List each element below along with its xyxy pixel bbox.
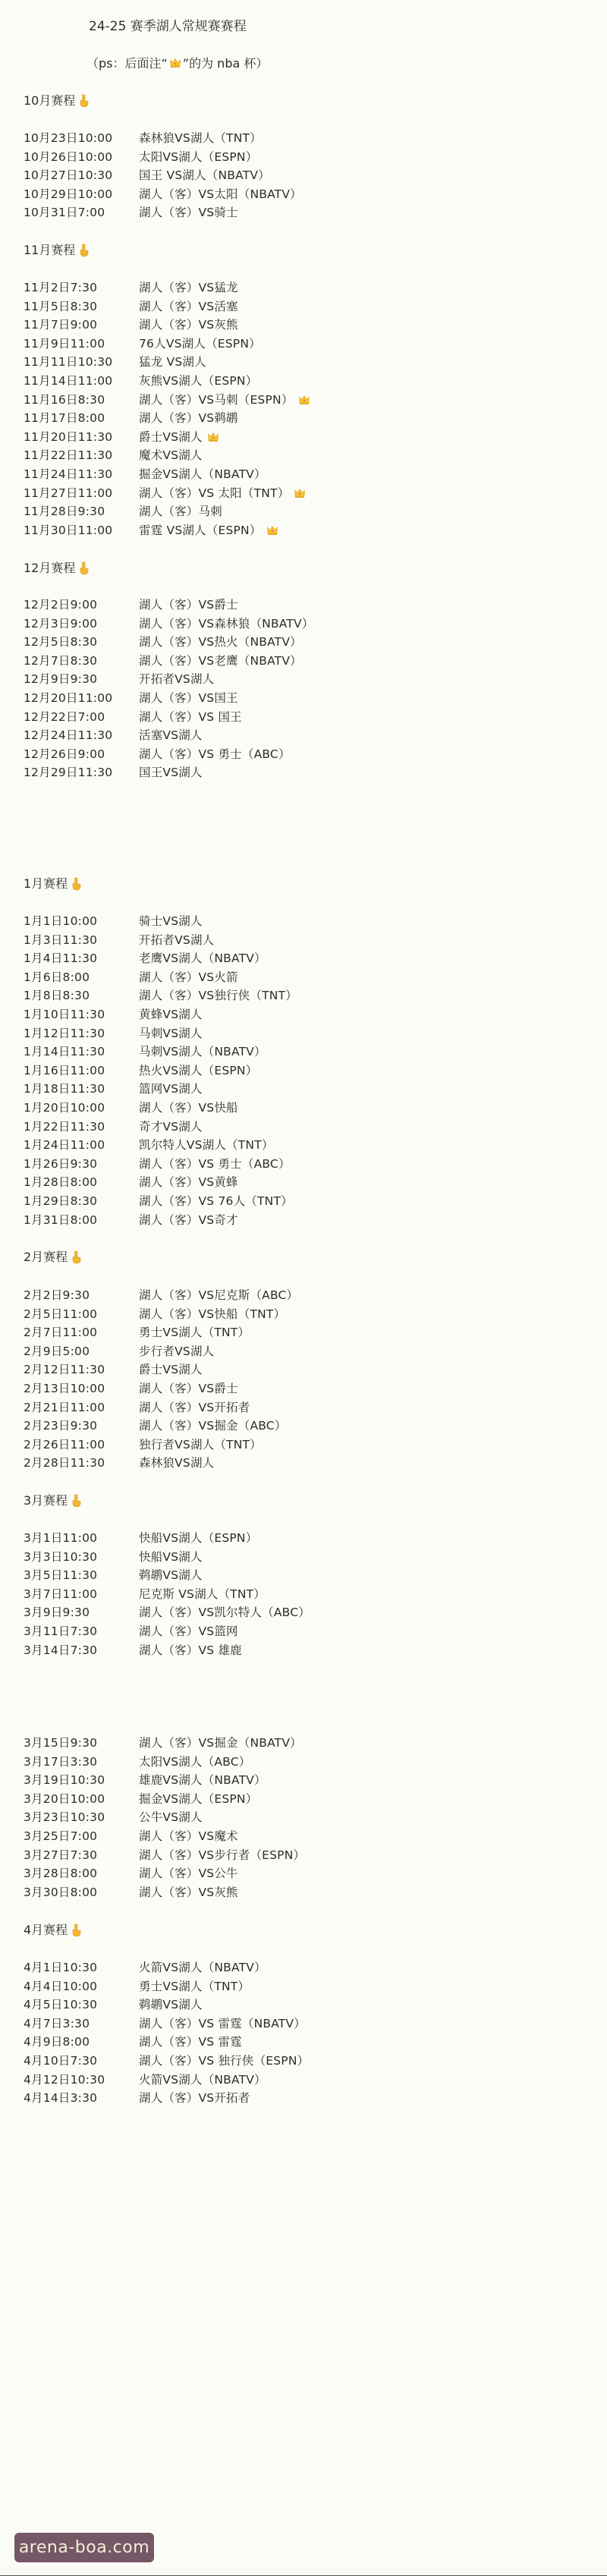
- game-date: 10月23日10:00: [24, 129, 139, 148]
- game-row: 3月15日9:30湖人（客）VS掘金（NBATV）: [24, 1734, 448, 1753]
- matchup-text: 尼克斯 VS湖人（TNT）: [139, 1585, 266, 1604]
- game-date: 3月1日11:00: [24, 1529, 139, 1548]
- game-date: 1月14日11:30: [24, 1043, 139, 1062]
- month-label: 4月赛程: [24, 1921, 68, 1939]
- matchup-text: 湖人（客）VS凯尔特人（ABC）: [139, 1603, 310, 1622]
- matchup-text: 黄蜂VS湖人: [139, 1005, 203, 1024]
- matchup-text: 太阳VS湖人（ESPN）: [139, 148, 257, 167]
- game-matchup: 湖人（客）VS热火（NBATV）: [139, 633, 448, 652]
- game-row: 11月2日7:30湖人（客）VS猛龙: [24, 278, 448, 297]
- game-matchup: 尼克斯 VS湖人（TNT）: [139, 1585, 448, 1604]
- game-matchup: 湖人（客）VS快船: [139, 1099, 448, 1118]
- game-row: 12月26日9:00湖人（客）VS 勇士（ABC）: [24, 745, 448, 764]
- game-row: 3月5日11:30鹈鹕VS湖人: [24, 1566, 448, 1585]
- game-date: 1月24日11:00: [24, 1136, 139, 1155]
- game-date: 1月31日8:00: [24, 1211, 139, 1230]
- game-matchup: 灰熊VS湖人（ESPN）: [139, 372, 448, 391]
- game-matchup: 湖人（客）VS爵士: [139, 596, 448, 615]
- game-row: 10月23日10:00森林狼VS湖人（TNT）: [24, 129, 448, 148]
- matchup-text: 国王VS湖人: [139, 763, 203, 782]
- game-row: 1月3日11:30开拓者VS湖人: [24, 931, 448, 950]
- game-date: 2月2日9:30: [24, 1286, 139, 1305]
- game-row: 2月21日11:00湖人（客）VS开拓者: [24, 1398, 448, 1417]
- game-row: 1月4日11:30老鹰VS湖人（NBATV）: [24, 949, 448, 968]
- game-matchup: 湖人（客）VS掘金（NBATV）: [139, 1734, 448, 1753]
- game-matchup: 湖人（客）VS掘金（ABC）: [139, 1417, 448, 1436]
- game-date: 3月9日9:30: [24, 1603, 139, 1622]
- page-title: 24-25 赛季湖人常规赛赛程: [89, 17, 247, 36]
- game-date: 11月20日11:30: [24, 428, 139, 447]
- month-label: 1月赛程: [24, 875, 68, 893]
- matchup-text: 湖人（客）VS火箭: [139, 968, 238, 987]
- game-row: 4月7日3:30湖人（客）VS 雷霆（NBATV）: [24, 2015, 448, 2033]
- matchup-text: 湖人（客）VS猛龙: [139, 278, 238, 297]
- game-date: 11月16日8:30: [24, 391, 139, 410]
- game-row: 4月4日10:00勇士VS湖人（TNT）: [24, 1977, 448, 1996]
- matchup-text: 湖人（客）VS 雄鹿: [139, 1641, 242, 1660]
- game-row: 11月16日8:30湖人（客）VS马刺（ESPN）: [24, 391, 448, 410]
- game-row: 11月27日11:00湖人（客）VS 太阳（TNT）: [24, 484, 448, 503]
- game-matchup: 老鹰VS湖人（NBATV）: [139, 949, 448, 968]
- game-matchup: 猛龙 VS湖人: [139, 353, 448, 372]
- matchup-text: 湖人（客）VS 勇士（ABC）: [139, 1155, 291, 1174]
- game-row: 11月30日11:00雷霆 VS湖人（ESPN）: [24, 521, 448, 540]
- matchup-text: 快船VS湖人（ESPN）: [139, 1529, 257, 1548]
- game-date: 4月1日10:30: [24, 1958, 139, 1977]
- matchup-text: 湖人（客）VS篮网: [139, 1622, 238, 1641]
- game-date: 10月26日10:00: [24, 148, 139, 167]
- game-row: 2月5日11:00湖人（客）VS快船（TNT）: [24, 1305, 448, 1324]
- matchup-text: 湖人（客）VS开拓者: [139, 2089, 250, 2108]
- pointing-down-hand-icon: [72, 1250, 81, 1264]
- game-date: 4月12日10:30: [24, 2071, 139, 2090]
- watermark-badge: arena-boa.com: [14, 2533, 154, 2562]
- note-prefix: （ps：后面注“: [86, 56, 168, 71]
- game-row: 1月26日9:30湖人（客）VS 勇士（ABC）: [24, 1155, 448, 1174]
- game-matchup: 国王VS湖人: [139, 763, 448, 782]
- game-matchup: 湖人（客）VS鹈鹕: [139, 409, 448, 428]
- game-matchup: 森林狼VS湖人（TNT）: [139, 129, 448, 148]
- crown-icon: [207, 431, 219, 443]
- game-matchup: 马刺VS湖人: [139, 1024, 448, 1043]
- matchup-text: 湖人（客）VS 76人（TNT）: [139, 1192, 293, 1211]
- game-date: 11月28日9:30: [24, 502, 139, 521]
- month-heading: 12月赛程: [24, 559, 448, 577]
- matchup-text: 湖人（客）马刺: [139, 502, 222, 521]
- game-matchup: 开拓者VS湖人: [139, 670, 448, 689]
- game-row: 11月17日8:00湖人（客）VS鹈鹕: [24, 409, 448, 428]
- matchup-text: 湖人（客）VS魔术: [139, 1827, 238, 1846]
- game-date: 4月9日8:00: [24, 2033, 139, 2052]
- pointing-down-hand-icon: [72, 1494, 81, 1508]
- crown-icon: [169, 57, 181, 69]
- game-matchup: 76人VS湖人（ESPN）: [139, 335, 448, 354]
- game-row: 11月22日11:30魔术VS湖人: [24, 446, 448, 465]
- game-row: 12月2日9:00湖人（客）VS爵士: [24, 596, 448, 615]
- game-date: 4月7日3:30: [24, 2015, 139, 2033]
- game-row: 1月6日8:00湖人（客）VS火箭: [24, 968, 448, 987]
- game-date: 1月3日11:30: [24, 931, 139, 950]
- matchup-text: 湖人（客）VS黄蜂: [139, 1173, 238, 1192]
- game-matchup: 勇士VS湖人（TNT）: [139, 1323, 448, 1342]
- matchup-text: 湖人（客）VS爵士: [139, 596, 238, 615]
- game-date: 3月3日10:30: [24, 1548, 139, 1567]
- game-matchup: 热火VS湖人（ESPN）: [139, 1062, 448, 1080]
- game-row: 3月28日8:00湖人（客）VS公牛: [24, 1864, 448, 1883]
- matchup-text: 湖人（客）VS鹈鹕: [139, 409, 238, 428]
- game-matchup: 湖人（客）VS步行者（ESPN）: [139, 1846, 448, 1865]
- game-date: 3月17日3:30: [24, 1753, 139, 1772]
- game-date: 3月11日7:30: [24, 1622, 139, 1641]
- game-matchup: 湖人（客）马刺: [139, 502, 448, 521]
- game-matchup: 勇士VS湖人（TNT）: [139, 1977, 448, 1996]
- pointing-down-hand-icon: [80, 244, 89, 257]
- game-row: 1月24日11:00凯尔特人VS湖人（TNT）: [24, 1136, 448, 1155]
- matchup-text: 湖人（客）VS快船: [139, 1099, 238, 1118]
- matchup-text: 开拓者VS湖人: [139, 670, 214, 689]
- game-date: 2月26日11:00: [24, 1436, 139, 1455]
- game-matchup: 湖人（客）VS 国王: [139, 708, 448, 727]
- matchup-text: 勇士VS湖人（TNT）: [139, 1977, 250, 1996]
- game-row: 12月29日11:30国王VS湖人: [24, 763, 448, 782]
- game-row: 2月7日11:00勇士VS湖人（TNT）: [24, 1323, 448, 1342]
- game-date: 1月1日10:00: [24, 912, 139, 931]
- game-row: 3月30日8:00湖人（客）VS灰熊: [24, 1883, 448, 1902]
- game-date: 4月14日3:30: [24, 2089, 139, 2108]
- game-row: 4月12日10:30火箭VS湖人（NBATV）: [24, 2071, 448, 2090]
- matchup-text: 快船VS湖人: [139, 1548, 203, 1567]
- game-row: 2月28日11:30森林狼VS湖人: [24, 1454, 448, 1473]
- game-row: 4月5日10:30鹈鹕VS湖人: [24, 1996, 448, 2015]
- game-matchup: 湖人（客）VS太阳（NBATV）: [139, 185, 448, 204]
- game-date: 3月25日7:00: [24, 1827, 139, 1846]
- game-matchup: 湖人（客）VS黄蜂: [139, 1173, 448, 1192]
- matchup-text: 湖人（客）VS国王: [139, 689, 238, 708]
- game-date: 1月16日11:00: [24, 1062, 139, 1080]
- game-row: 1月31日8:00湖人（客）VS奇才: [24, 1211, 448, 1230]
- game-list: 1月1日10:00骑士VS湖人1月3日11:30开拓者VS湖人1月4日11:30…: [24, 912, 448, 1229]
- game-date: 11月22日11:30: [24, 446, 139, 465]
- game-matchup: 湖人（客）VS 太阳（TNT）: [139, 484, 448, 503]
- game-date: 1月20日10:00: [24, 1099, 139, 1118]
- game-matchup: 湖人（客）VS 勇士（ABC）: [139, 1155, 448, 1174]
- game-row: 1月29日8:30湖人（客）VS 76人（TNT）: [24, 1192, 448, 1211]
- game-row: 1月12日11:30马刺VS湖人: [24, 1024, 448, 1043]
- matchup-text: 老鹰VS湖人（NBATV）: [139, 949, 266, 968]
- game-row: 1月1日10:00骑士VS湖人: [24, 912, 448, 931]
- game-date: 1月26日9:30: [24, 1155, 139, 1174]
- matchup-text: 湖人（客）VS奇才: [139, 1211, 238, 1230]
- game-row: 11月24日11:30掘金VS湖人（NBATV）: [24, 465, 448, 484]
- matchup-text: 湖人（客）VS步行者（ESPN）: [139, 1846, 305, 1865]
- game-matchup: 步行者VS湖人: [139, 1342, 448, 1361]
- game-date: 1月8日8:30: [24, 986, 139, 1005]
- game-row: 4月9日8:00湖人（客）VS 雷霆: [24, 2033, 448, 2052]
- matchup-text: 湖人（客）VS独行侠（TNT）: [139, 986, 297, 1005]
- game-row: 12月9日9:30开拓者VS湖人: [24, 670, 448, 689]
- game-date: 1月4日11:30: [24, 949, 139, 968]
- matchup-text: 火箭VS湖人（NBATV）: [139, 1958, 266, 1977]
- game-matchup: 开拓者VS湖人: [139, 931, 448, 950]
- matchup-text: 雷霆 VS湖人（ESPN）: [139, 521, 262, 540]
- month-label: 10月赛程: [24, 92, 75, 110]
- game-row: 3月17日3:30太阳VS湖人（ABC）: [24, 1753, 448, 1772]
- nba-cup-note: （ps：后面注“”的为 nba 杯）: [86, 55, 268, 73]
- game-matchup: 湖人（客）VS开拓者: [139, 1398, 448, 1417]
- matchup-text: 湖人（客）VS灰熊: [139, 1883, 238, 1902]
- game-list: 10月23日10:00森林狼VS湖人（TNT）10月26日10:00太阳VS湖人…: [24, 129, 448, 222]
- matchup-text: 掘金VS湖人（NBATV）: [139, 465, 266, 484]
- game-matchup: 湖人（客）VS开拓者: [139, 2089, 448, 2108]
- game-date: 11月9日11:00: [24, 335, 139, 354]
- game-row: 3月23日10:30公牛VS湖人: [24, 1808, 448, 1827]
- game-matchup: 湖人（客）VS 雷霆（NBATV）: [139, 2015, 448, 2033]
- game-matchup: 湖人（客）VS奇才: [139, 1211, 448, 1230]
- game-row: 12月5日8:30湖人（客）VS热火（NBATV）: [24, 633, 448, 652]
- game-list: 11月2日7:30湖人（客）VS猛龙11月5日8:30湖人（客）VS活塞11月7…: [24, 278, 448, 539]
- game-date: 1月10日11:30: [24, 1005, 139, 1024]
- game-date: 3月7日11:00: [24, 1585, 139, 1604]
- game-matchup: 湖人（客）VS马刺（ESPN）: [139, 391, 448, 410]
- game-date: 1月22日11:30: [24, 1118, 139, 1137]
- matchup-text: 魔术VS湖人: [139, 446, 203, 465]
- matchup-text: 国王 VS湖人（NBATV）: [139, 166, 270, 185]
- game-date: 11月11日10:30: [24, 353, 139, 372]
- month-heading: 3月赛程: [24, 1492, 448, 1510]
- matchup-text: 湖人（客）VS马刺（ESPN）: [139, 391, 294, 410]
- game-row: 10月27日10:30国王 VS湖人（NBATV）: [24, 166, 448, 185]
- game-date: 12月9日9:30: [24, 670, 139, 689]
- matchup-text: 湖人（客）VS掘金（NBATV）: [139, 1734, 302, 1753]
- game-row: 10月31日7:00湖人（客）VS骑士: [24, 203, 448, 222]
- game-row: 1月8日8:30湖人（客）VS独行侠（TNT）: [24, 986, 448, 1005]
- matchup-text: 湖人（客）VS老鹰（NBATV）: [139, 652, 302, 671]
- matchup-text: 湖人（客）VS掘金（ABC）: [139, 1417, 287, 1436]
- matchup-text: 鹈鹕VS湖人: [139, 1566, 203, 1585]
- game-matchup: 湖人（客）VS 76人（TNT）: [139, 1192, 448, 1211]
- game-date: 11月7日9:00: [24, 316, 139, 335]
- matchup-text: 灰熊VS湖人（ESPN）: [139, 372, 257, 391]
- game-matchup: 活塞VS湖人: [139, 726, 448, 745]
- game-row: 11月9日11:0076人VS湖人（ESPN）: [24, 335, 448, 354]
- game-date: 1月18日11:30: [24, 1080, 139, 1099]
- game-matchup: 湖人（客）VS爵士: [139, 1379, 448, 1398]
- matchup-text: 热火VS湖人（ESPN）: [139, 1062, 257, 1080]
- month-heading: 10月赛程: [24, 92, 448, 110]
- month-label: 2月赛程: [24, 1248, 68, 1266]
- game-matchup: 公牛VS湖人: [139, 1808, 448, 1827]
- game-date: 2月5日11:00: [24, 1305, 139, 1324]
- crown-icon: [266, 524, 278, 536]
- month-label: 3月赛程: [24, 1492, 68, 1510]
- matchup-text: 森林狼VS湖人: [139, 1454, 214, 1473]
- game-matchup: 快船VS湖人: [139, 1548, 448, 1567]
- matchup-text: 雄鹿VS湖人（NBATV）: [139, 1771, 266, 1790]
- game-date: 3月20日10:00: [24, 1790, 139, 1809]
- matchup-text: 篮网VS湖人: [139, 1080, 203, 1099]
- game-row: 2月13日10:00湖人（客）VS爵士: [24, 1379, 448, 1398]
- game-matchup: 湖人（客）VS快船（TNT）: [139, 1305, 448, 1324]
- game-date: 4月5日10:30: [24, 1996, 139, 2015]
- game-matchup: 骑士VS湖人: [139, 912, 448, 931]
- game-matchup: 湖人（客）VS猛龙: [139, 278, 448, 297]
- matchup-text: 湖人（客）VS 雷霆: [139, 2033, 242, 2052]
- game-date: 11月17日8:00: [24, 409, 139, 428]
- game-date: 3月28日8:00: [24, 1864, 139, 1883]
- game-date: 1月6日8:00: [24, 968, 139, 987]
- game-matchup: 凯尔特人VS湖人（TNT）: [139, 1136, 448, 1155]
- game-matchup: 掘金VS湖人（ESPN）: [139, 1790, 448, 1809]
- game-date: 2月9日5:00: [24, 1342, 139, 1361]
- matchup-text: 湖人（客）VS 勇士（ABC）: [139, 745, 291, 764]
- game-row: 3月7日11:00尼克斯 VS湖人（TNT）: [24, 1585, 448, 1604]
- matchup-text: 活塞VS湖人: [139, 726, 203, 745]
- matchup-text: 勇士VS湖人（TNT）: [139, 1323, 250, 1342]
- matchup-text: 湖人（客）VS骑士: [139, 203, 238, 222]
- game-matchup: 国王 VS湖人（NBATV）: [139, 166, 448, 185]
- game-matchup: 湖人（客）VS尼克斯（ABC）: [139, 1286, 448, 1305]
- game-date: 12月2日9:00: [24, 596, 139, 615]
- game-date: 11月24日11:30: [24, 465, 139, 484]
- game-date: 1月29日8:30: [24, 1192, 139, 1211]
- game-matchup: 魔术VS湖人: [139, 446, 448, 465]
- matchup-text: 湖人（客）VS 国王: [139, 708, 242, 727]
- game-date: 10月27日10:30: [24, 166, 139, 185]
- game-matchup: 黄蜂VS湖人: [139, 1005, 448, 1024]
- game-row: 1月16日11:00热火VS湖人（ESPN）: [24, 1062, 448, 1080]
- game-matchup: 太阳VS湖人（ESPN）: [139, 148, 448, 167]
- game-date: 3月5日11:30: [24, 1566, 139, 1585]
- game-row: 11月5日8:30湖人（客）VS活塞: [24, 297, 448, 316]
- game-list: 2月2日9:30湖人（客）VS尼克斯（ABC）2月5日11:00湖人（客）VS快…: [24, 1286, 448, 1473]
- game-matchup: 湖人（客）VS 雄鹿: [139, 1641, 448, 1660]
- game-matchup: 湖人（客）VS公牛: [139, 1864, 448, 1883]
- game-row: 12月7日8:30湖人（客）VS老鹰（NBATV）: [24, 652, 448, 671]
- game-matchup: 火箭VS湖人（NBATV）: [139, 2071, 448, 2090]
- game-row: 2月26日11:00独行者VS湖人（TNT）: [24, 1436, 448, 1455]
- game-matchup: 湖人（客）VS骑士: [139, 203, 448, 222]
- game-date: 12月3日9:00: [24, 615, 139, 634]
- matchup-text: 猛龙 VS湖人: [139, 353, 206, 372]
- matchup-text: 太阳VS湖人（ABC）: [139, 1753, 250, 1772]
- game-matchup: 森林狼VS湖人: [139, 1454, 448, 1473]
- matchup-text: 湖人（客）VS爵士: [139, 1379, 238, 1398]
- game-row: 12月3日9:00湖人（客）VS森林狼（NBATV）: [24, 615, 448, 634]
- game-row: 3月1日11:00快船VS湖人（ESPN）: [24, 1529, 448, 1548]
- game-row: 4月14日3:30湖人（客）VS开拓者: [24, 2089, 448, 2108]
- game-row: 12月24日11:30活塞VS湖人: [24, 726, 448, 745]
- matchup-text: 火箭VS湖人（NBATV）: [139, 2071, 266, 2090]
- game-row: 2月2日9:30湖人（客）VS尼克斯（ABC）: [24, 1286, 448, 1305]
- game-row: 1月28日8:00湖人（客）VS黄蜂: [24, 1173, 448, 1192]
- matchup-text: 湖人（客）VS热火（NBATV）: [139, 633, 302, 652]
- game-matchup: 太阳VS湖人（ABC）: [139, 1753, 448, 1772]
- game-matchup: 鹈鹕VS湖人: [139, 1996, 448, 2015]
- game-row: 10月26日10:00太阳VS湖人（ESPN）: [24, 148, 448, 167]
- matchup-text: 奇才VS湖人: [139, 1118, 203, 1137]
- matchup-text: 湖人（客）VS灰熊: [139, 316, 238, 335]
- game-date: 10月29日10:00: [24, 185, 139, 204]
- game-matchup: 湖人（客）VS森林狼（NBATV）: [139, 615, 448, 634]
- game-row: 3月9日9:30湖人（客）VS凯尔特人（ABC）: [24, 1603, 448, 1622]
- game-matchup: 篮网VS湖人: [139, 1080, 448, 1099]
- game-row: 11月7日9:00湖人（客）VS灰熊: [24, 316, 448, 335]
- game-row: 3月27日7:30湖人（客）VS步行者（ESPN）: [24, 1846, 448, 1865]
- matchup-text: 爵士VS湖人: [139, 428, 203, 447]
- game-date: 2月23日9:30: [24, 1417, 139, 1436]
- game-date: 2月7日11:00: [24, 1323, 139, 1342]
- crown-icon: [294, 487, 306, 499]
- game-date: 2月13日10:00: [24, 1379, 139, 1398]
- game-matchup: 湖人（客）VS 独行侠（ESPN）: [139, 2052, 448, 2071]
- game-date: 3月30日8:00: [24, 1883, 139, 1902]
- game-matchup: 马刺VS湖人（NBATV）: [139, 1043, 448, 1062]
- game-matchup: 湖人（客）VS火箭: [139, 968, 448, 987]
- note-suffix: ”的为 nba 杯）: [183, 56, 269, 71]
- game-row: 11月20日11:30爵士VS湖人: [24, 428, 448, 447]
- game-date: 11月5日8:30: [24, 297, 139, 316]
- game-date: 11月14日11:00: [24, 372, 139, 391]
- matchup-text: 骑士VS湖人: [139, 912, 203, 931]
- game-matchup: 湖人（客）VS凯尔特人（ABC）: [139, 1603, 448, 1622]
- game-row: 3月19日10:30雄鹿VS湖人（NBATV）: [24, 1771, 448, 1790]
- game-row: 1月10日11:30黄蜂VS湖人: [24, 1005, 448, 1024]
- game-matchup: 独行者VS湖人（TNT）: [139, 1436, 448, 1455]
- month-heading: 1月赛程: [24, 875, 448, 893]
- month-label: 11月赛程: [24, 241, 75, 259]
- game-row: 2月12日11:30爵士VS湖人: [24, 1360, 448, 1379]
- matchup-text: 湖人（客）VS 雷霆（NBATV）: [139, 2015, 306, 2033]
- game-date: 3月23日10:30: [24, 1808, 139, 1827]
- game-row: 4月10日7:30湖人（客）VS 独行侠（ESPN）: [24, 2052, 448, 2071]
- game-date: 12月29日11:30: [24, 763, 139, 782]
- game-row: 3月3日10:30快船VS湖人: [24, 1548, 448, 1567]
- matchup-text: 湖人（客）VS尼克斯（ABC）: [139, 1286, 298, 1305]
- game-matchup: 爵士VS湖人: [139, 428, 448, 447]
- game-matchup: 湖人（客）VS老鹰（NBATV）: [139, 652, 448, 671]
- month-heading: 11月赛程: [24, 241, 448, 259]
- game-matchup: 快船VS湖人（ESPN）: [139, 1529, 448, 1548]
- game-matchup: 雷霆 VS湖人（ESPN）: [139, 521, 448, 540]
- game-matchup: 湖人（客）VS魔术: [139, 1827, 448, 1846]
- game-row: 3月11日7:30湖人（客）VS篮网: [24, 1622, 448, 1641]
- game-row: 12月22日7:00湖人（客）VS 国王: [24, 708, 448, 727]
- matchup-text: 凯尔特人VS湖人（TNT）: [139, 1136, 274, 1155]
- game-matchup: 湖人（客）VS 雷霆: [139, 2033, 448, 2052]
- game-matchup: 湖人（客）VS国王: [139, 689, 448, 708]
- matchup-text: 掘金VS湖人（ESPN）: [139, 1790, 257, 1809]
- matchup-text: 湖人（客）VS森林狼（NBATV）: [139, 615, 314, 634]
- matchup-text: 森林狼VS湖人（TNT）: [139, 129, 262, 148]
- game-date: 12月20日11:00: [24, 689, 139, 708]
- game-date: 2月28日11:30: [24, 1454, 139, 1473]
- game-date: 11月2日7:30: [24, 278, 139, 297]
- game-date: 12月5日8:30: [24, 633, 139, 652]
- matchup-text: 湖人（客）VS 独行侠（ESPN）: [139, 2052, 309, 2071]
- game-list: 3月1日11:00快船VS湖人（ESPN）3月3日10:30快船VS湖人3月5日…: [24, 1529, 448, 1659]
- game-row: 4月1日10:30火箭VS湖人（NBATV）: [24, 1958, 448, 1977]
- game-date: 3月14日7:30: [24, 1641, 139, 1660]
- game-date: 1月28日8:00: [24, 1173, 139, 1192]
- game-date: 12月22日7:00: [24, 708, 139, 727]
- game-list: 3月15日9:30湖人（客）VS掘金（NBATV）3月17日3:30太阳VS湖人…: [24, 1734, 448, 1901]
- month-heading: 4月赛程: [24, 1921, 448, 1939]
- game-row: 2月23日9:30湖人（客）VS掘金（ABC）: [24, 1417, 448, 1436]
- game-matchup: 湖人（客）VS篮网: [139, 1622, 448, 1641]
- pointing-down-hand-icon: [80, 94, 89, 108]
- matchup-text: 马刺VS湖人（NBATV）: [139, 1043, 266, 1062]
- game-matchup: 火箭VS湖人（NBATV）: [139, 1958, 448, 1977]
